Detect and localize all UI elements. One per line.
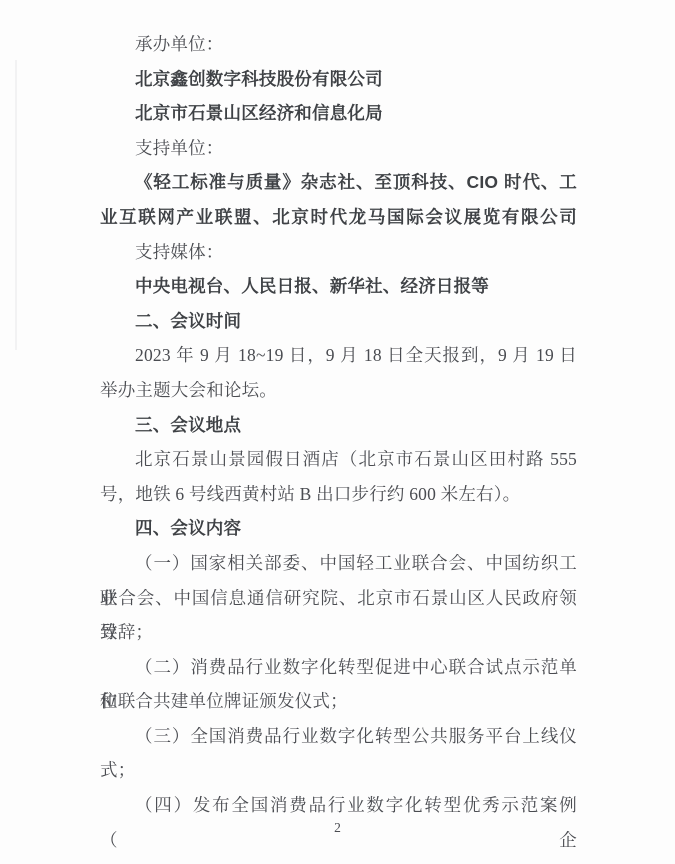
document-line: 2023 年 9 月 18~19 日，9 月 18 日全天报到，9 月 19 日 xyxy=(100,338,577,373)
document-line: 中央电视台、人民日报、新华社、经济日报等 xyxy=(100,269,577,304)
document-line: 支持单位： xyxy=(100,131,577,166)
document-line: 致辞； xyxy=(100,615,577,650)
document-line: 北京鑫创数字科技股份有限公司 xyxy=(100,62,577,97)
document-line: 三、会议地点 xyxy=(100,408,577,443)
document-line: （一）国家相关部委、中国轻工业联合会、中国纺织工业 xyxy=(100,546,577,581)
page-number: 2 xyxy=(0,818,675,838)
document-line: 业互联网产业联盟、北京时代龙马国际会议展览有限公司 xyxy=(100,200,577,235)
document-line: （二）消费品行业数字化转型促进中心联合试点示范单位 xyxy=(100,650,577,685)
document-line: 四、会议内容 xyxy=(100,511,577,546)
document-line: 举办主题大会和论坛。 xyxy=(100,373,577,408)
document-body: 承办单位：北京鑫创数字科技股份有限公司北京市石景山区经济和信息化局支持单位：《轻… xyxy=(100,27,577,823)
document-line: 北京石景山景园假日酒店（北京市石景山区田村路 555 xyxy=(100,442,577,477)
document-line: 式； xyxy=(100,753,577,788)
document-line: 联合会、中国信息通信研究院、北京市石景山区人民政府领导 xyxy=(100,581,577,616)
document-line: （三）全国消费品行业数字化转型公共服务平台上线仪 xyxy=(100,719,577,754)
document-page: 承办单位：北京鑫创数字科技股份有限公司北京市石景山区经济和信息化局支持单位：《轻… xyxy=(0,0,675,864)
document-line: 支持媒体： xyxy=(100,235,577,270)
document-line: 号，地铁 6 号线西黄村站 B 出口步行约 600 米左右）。 xyxy=(100,477,577,512)
scan-artifact-line xyxy=(15,60,17,350)
document-line: 北京市石景山区经济和信息化局 xyxy=(100,96,577,131)
document-line: 《轻工标准与质量》杂志社、至顶科技、CIO 时代、工 xyxy=(100,165,577,200)
document-line: 和联合共建单位牌证颁发仪式； xyxy=(100,684,577,719)
document-line: 承办单位： xyxy=(100,27,577,62)
document-line: 二、会议时间 xyxy=(100,304,577,339)
